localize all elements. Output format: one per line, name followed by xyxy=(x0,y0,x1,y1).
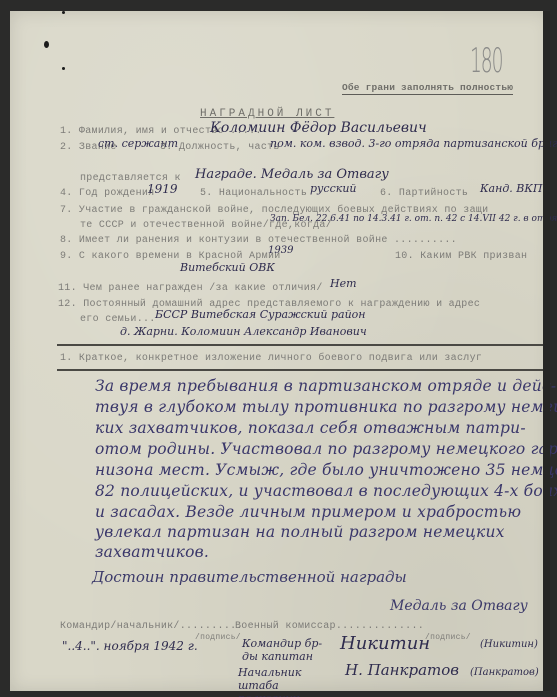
field-5-value: русский xyxy=(310,182,356,195)
narrative-line: За время пребывания в партизанском отряд… xyxy=(95,377,556,395)
section-heading: 1. Краткое, конкретное изложение личного… xyxy=(60,353,482,364)
signer-2-name: (Панкратов) xyxy=(470,667,539,678)
field-11-value: Нет xyxy=(330,277,357,290)
commander-label: Командир/начальник/.......... xyxy=(60,621,243,632)
field-12-label-cont: его семьи... xyxy=(80,314,156,325)
narrative-line: отом родины. Участвовал по разгрому неме… xyxy=(95,440,557,458)
award-name: Медаль за Отвагу xyxy=(390,598,528,614)
field-1-value: Коломиин Фёдор Васильевич xyxy=(210,120,427,136)
signature-caption: /подпись/ xyxy=(195,633,241,642)
field-3-value: пом. ком. взвод. 3-го отряда партизанско… xyxy=(270,137,557,150)
field-10-label: 10. Каким РВК призван xyxy=(395,251,527,262)
field-12-value: БССР Витебская Суражский район xyxy=(155,308,366,321)
punch-hole xyxy=(44,41,49,48)
field-3-label: 3. Должность, часть xyxy=(160,142,280,153)
signer-1-signature: Никитин xyxy=(340,633,430,654)
narrative-line: и засадах. Везде личным примером и храбр… xyxy=(95,503,521,521)
field-5-label: 5. Национальность xyxy=(200,188,307,199)
field-6-label: 6. Партийность xyxy=(380,188,468,199)
signature-caption: /подпись/ xyxy=(425,633,471,642)
field-12-value-cont: д. Жарни. Коломиин Александр Иванович xyxy=(120,325,367,338)
field-9-value: 1939 xyxy=(268,245,293,256)
field-8-label: 8. Имеет ли ранения и контузии в отечест… xyxy=(60,235,457,246)
section-divider-top xyxy=(57,344,547,346)
field-11-label: 11. Чем ранее награжден /за какие отличи… xyxy=(58,283,323,294)
signer-2-title: Начальник штаба полковник xyxy=(238,666,338,697)
section-divider-bottom xyxy=(57,369,547,371)
narrative-line: увлекал партизан на полный разгром немец… xyxy=(95,523,505,541)
archive-number: 180 xyxy=(470,41,502,81)
document-date: "..4..". ноября 1942 г. xyxy=(62,639,198,653)
field-7-value: Зап. Бел. 22.6.41 по 14.3.41 г. от. п. 4… xyxy=(270,214,557,224)
signer-2-signature: Н. Панкратов xyxy=(345,661,459,679)
field-6-value: Канд. ВКП xyxy=(480,182,542,195)
recommendation-text: Достоин правительственной награды xyxy=(92,568,407,586)
punch-hole xyxy=(62,67,65,70)
commissar-label: Военный комиссар.............. xyxy=(235,621,424,632)
nominated-value: Награде. Медаль за Отвагу xyxy=(195,167,389,182)
header-note: Обе грани заполнять полностью xyxy=(342,82,513,95)
narrative-line: ких захватчиков, показал себя отважным п… xyxy=(95,419,526,437)
award-sheet-document: 180 Обе грани заполнять полностью НАГРАД… xyxy=(10,11,550,691)
field-4-label: 4. Год рождения xyxy=(60,188,155,199)
narrative-line: захватчиков. xyxy=(95,543,209,561)
signer-1-name: (Никитин) xyxy=(480,639,538,650)
punch-hole xyxy=(62,11,65,14)
field-10-value: Витебский ОВК xyxy=(180,261,275,274)
narrative-line: твуя в глубоком тылу противника по разгр… xyxy=(95,398,557,416)
paper-edge-shadow xyxy=(543,11,550,691)
narrative-line: 82 полицейских, и участвовал в последующ… xyxy=(95,482,557,500)
signer-1-title: Командир бр-ды капитан xyxy=(242,637,332,663)
document-title: НАГРАДНОЙ ЛИСТ xyxy=(200,108,334,120)
narrative-line: низона мест. Усмыж, где было уничтожено … xyxy=(95,461,557,479)
field-4-value: 1919 xyxy=(147,182,178,196)
